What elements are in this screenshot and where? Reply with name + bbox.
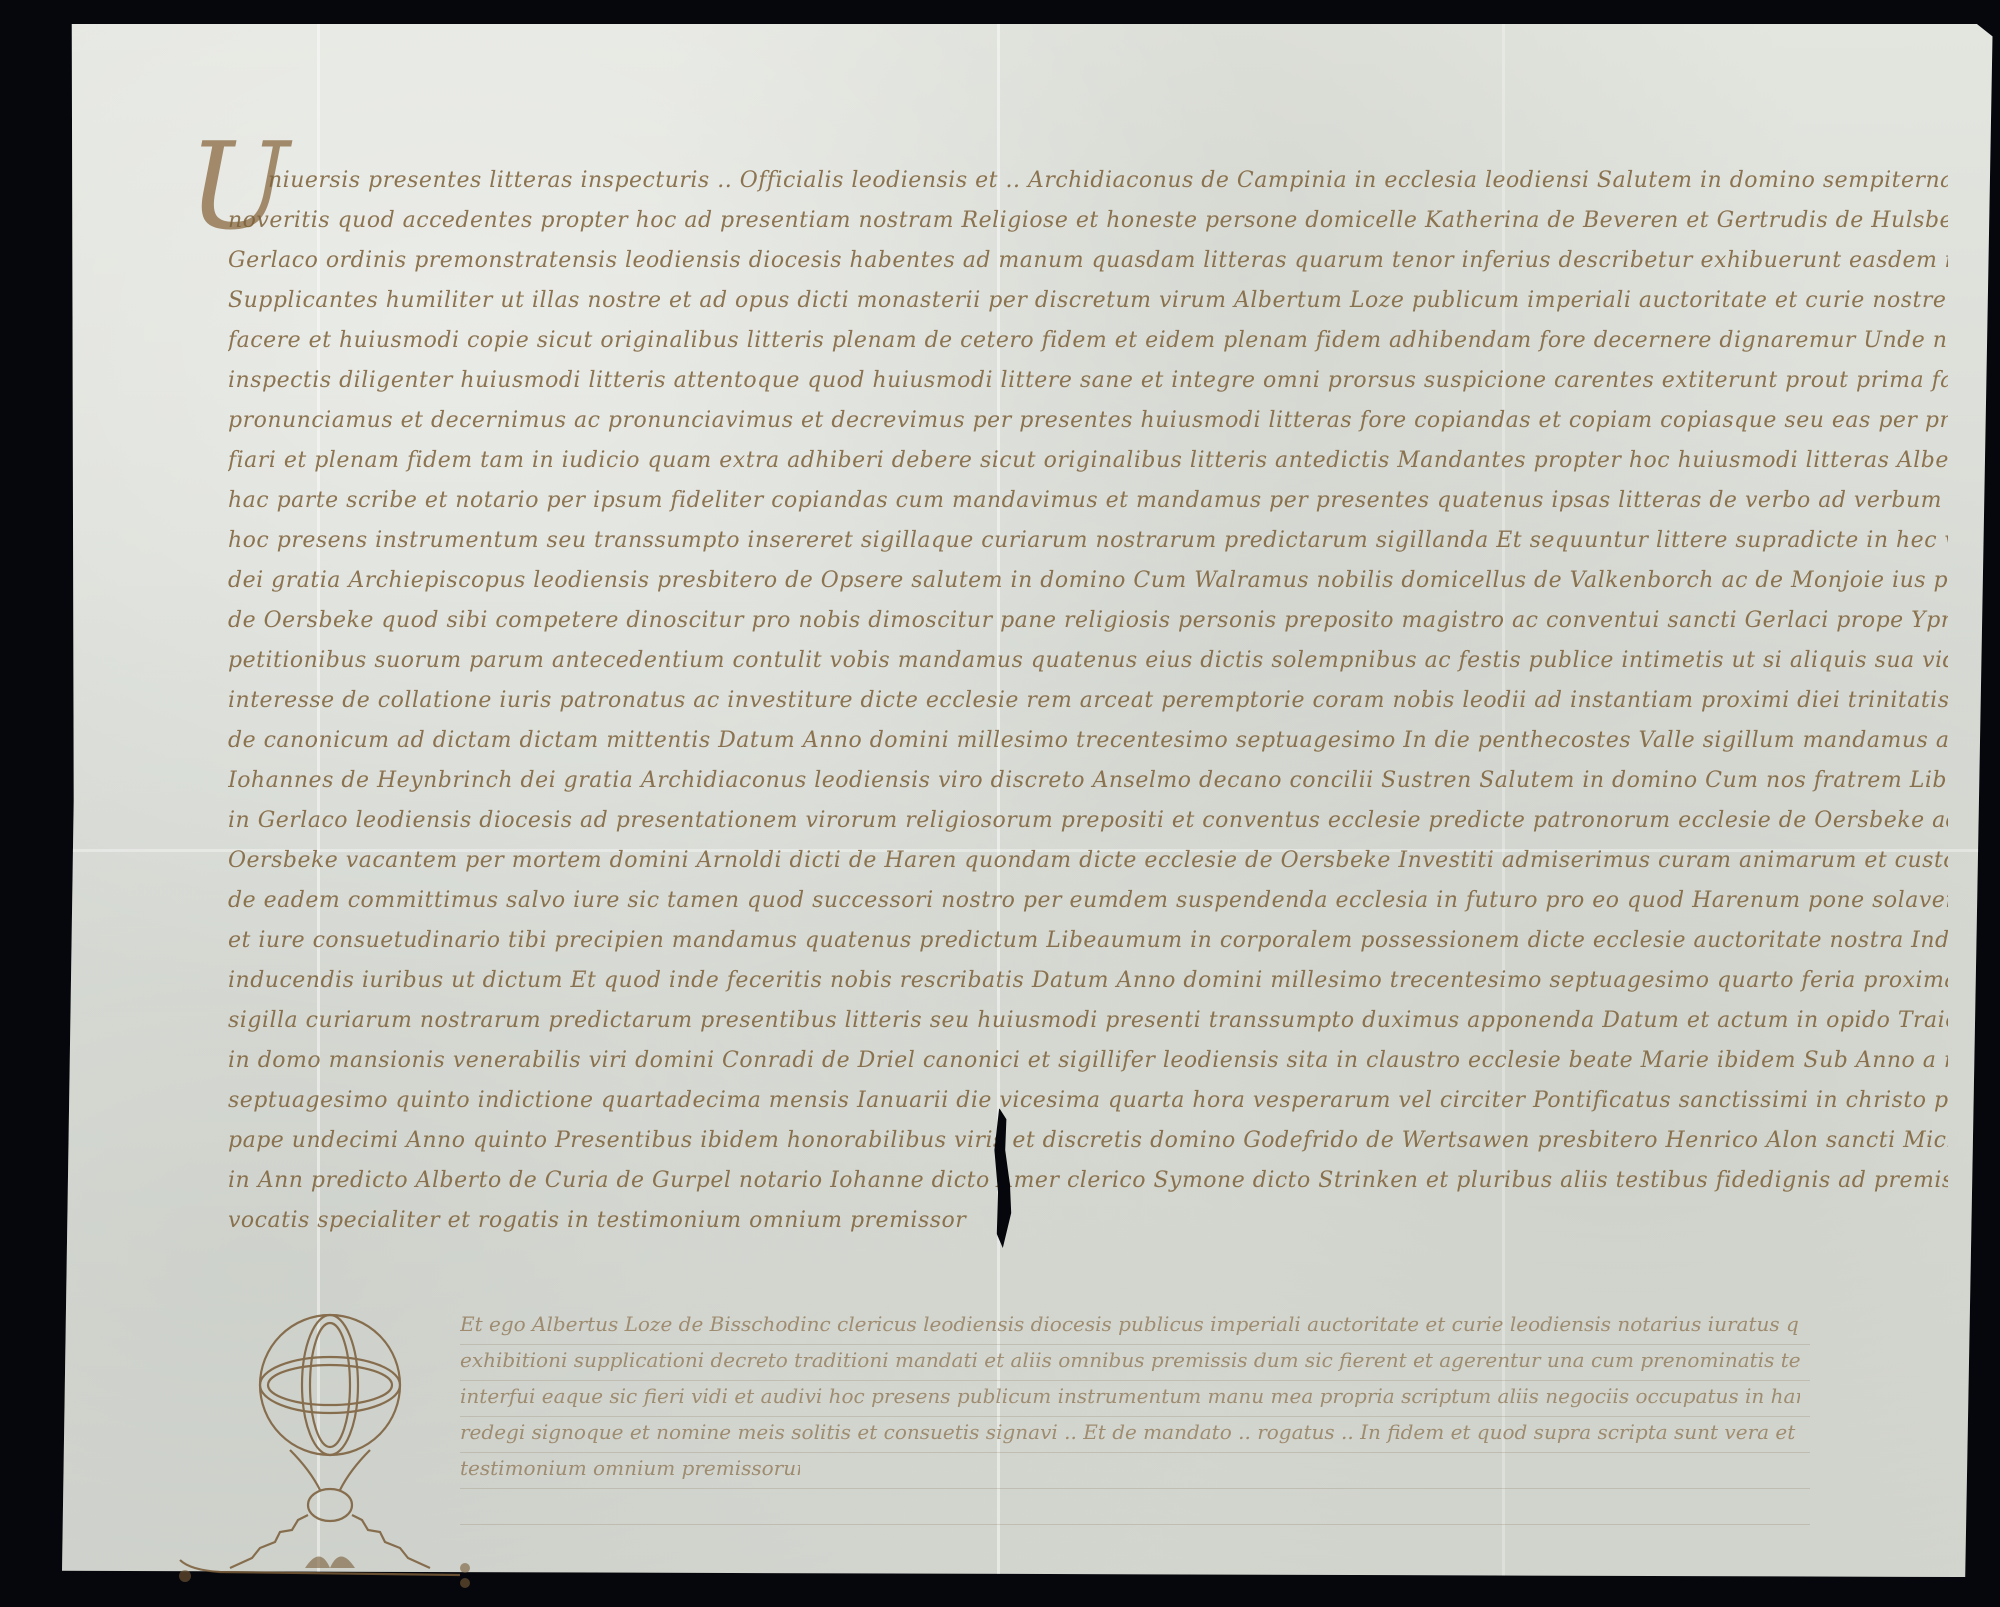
text-line: inducendis iuribus ut dictum Et quod ind…	[228, 968, 1948, 993]
ruling-line	[460, 1344, 1810, 1345]
text-line: in domo mansionis venerabilis viri domin…	[228, 1048, 1948, 1073]
text-line: Iohannes de Heynbrinch dei gratia Archid…	[228, 768, 1948, 793]
text-line: pronunciamus et decernimus ac pronunciav…	[228, 408, 1948, 433]
ruling-line	[460, 1380, 1810, 1381]
text-line: vocatis specialiter et rogatis in testim…	[228, 1208, 968, 1233]
text-line: pape undecimi Anno quinto Presentibus ib…	[228, 1128, 1948, 1153]
text-line: Supplicantes humiliter ut illas nostre e…	[228, 288, 1948, 313]
text-line: in Gerlaco leodiensis diocesis ad presen…	[228, 808, 1948, 833]
text-line: petitionibus suorum parum antecedentium …	[228, 648, 1948, 673]
text-line: et iure consuetudinario tibi precipien m…	[228, 928, 1948, 953]
subscription-line: Et ego Albertus Loze de Bisschodinc cler…	[460, 1312, 1800, 1336]
text-line: de Oersbeke quod sibi competere dinoscit…	[228, 608, 1948, 633]
text-line: inspectis diligenter huiusmodi litteris …	[228, 368, 1948, 393]
text-line: de canonicum ad dictam dictam mittentis …	[228, 728, 1948, 753]
ruling-line	[460, 1524, 1810, 1525]
text-line: hoc presens instrumentum seu transsumpto…	[228, 528, 1948, 553]
text-line: interesse de collatione iuris patronatus…	[228, 688, 1948, 713]
subscription-line: redegi signoque et nomine meis solitis e…	[460, 1420, 1800, 1444]
text-line: septuagesimo quinto indictione quartadec…	[228, 1088, 1948, 1113]
subscription-line: testimonium omnium premissorum ..	[460, 1456, 800, 1480]
text-line: Oersbeke vacantem per mortem domini Arno…	[228, 848, 1948, 873]
text-line: in Ann predicto Alberto de Curia de Gurp…	[228, 1168, 1948, 1193]
text-line: Gerlaco ordinis premonstratensis leodien…	[228, 248, 1948, 273]
text-line: dei gratia Archiepiscopus leodiensis pre…	[228, 568, 1948, 593]
text-line: hac parte scribe et notario per ipsum fi…	[228, 488, 1948, 513]
text-line: facere et huiusmodi copie sicut original…	[228, 328, 1948, 353]
text-line: noveritis quod accedentes propter hoc ad…	[228, 208, 1948, 233]
text-line: fiari et plenam fidem tam in iudicio qua…	[228, 448, 1948, 473]
text-line: niuersis presentes litteras inspecturis …	[268, 168, 1948, 193]
ruling-line	[460, 1416, 1810, 1417]
text-line: de eadem committimus salvo iure sic tame…	[228, 888, 1948, 913]
subscription-line: exhibitioni supplicationi decreto tradit…	[460, 1348, 1800, 1372]
subscription-line: interfui eaque sic fieri vidi et audivi …	[460, 1384, 1800, 1408]
ruling-line	[460, 1452, 1810, 1453]
ruling-line	[460, 1488, 1810, 1489]
text-line: sigilla curiarum nostrarum predictarum p…	[228, 1008, 1948, 1033]
notary-signum-icon	[160, 1300, 500, 1590]
